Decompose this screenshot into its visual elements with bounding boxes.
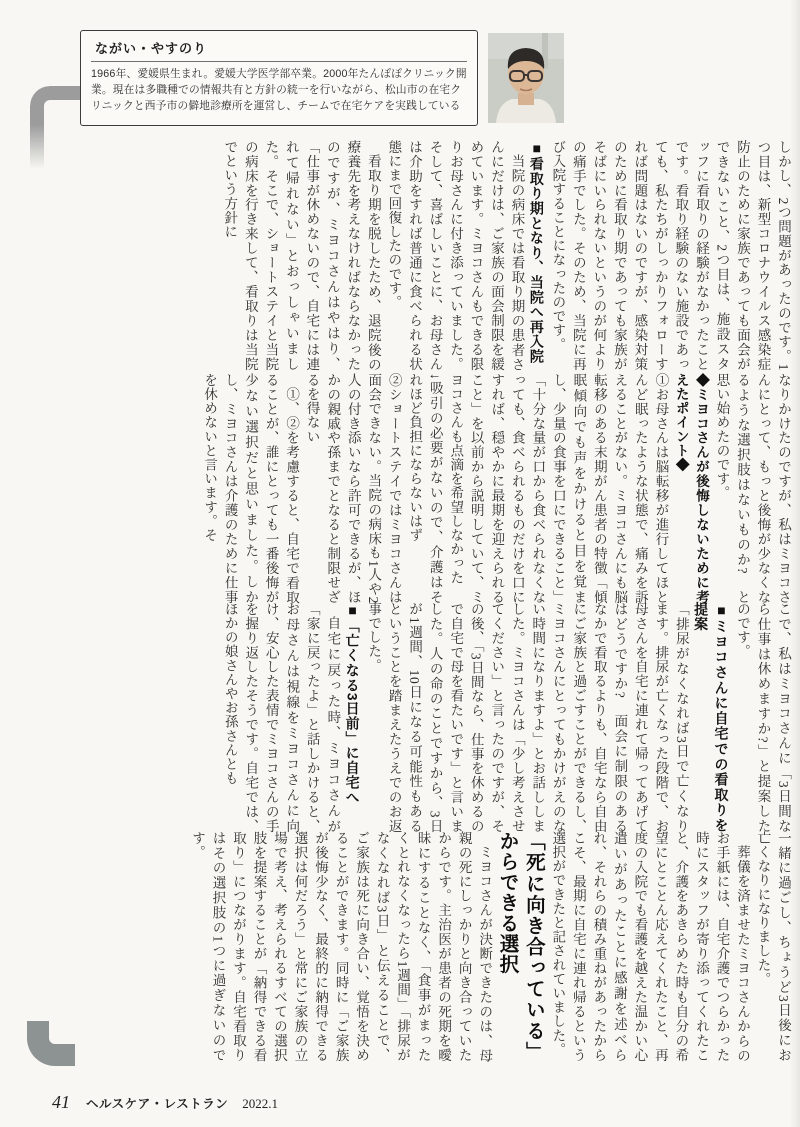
paragraph: 葬儀を済ませたミヨコさんからのお手紙には、自宅介護でつらかった時にスタッフが寄り…: [547, 831, 752, 1062]
paragraph: 「排尿がなくなれば3日で亡くなります。排尿が亡くなった段階で、お母さんを自宅に連…: [363, 602, 691, 833]
article-band-2: なりかけたのですが、私はミヨコさんにとって、もっと後悔が少なくなるような選択肢は…: [57, 373, 793, 604]
point-item-1: ①お母さんは脳転移が進行してほとんど眠ったような状態で、痛みを訴えることがない。…: [445, 373, 671, 604]
point-item-2: ②ショートステイではミヨコさんは面会できない。当院の病床も1人や2人の付き添いな…: [301, 373, 404, 604]
section-heading: ■「亡くなる3日前」に自宅へ: [342, 602, 362, 833]
paragraph: 看取り期を脱したため、退院後の療養先を考えなければならなかったのですが、ミヨコさ…: [219, 140, 383, 371]
points-heading: ◆ミヨコさんが後悔しないために考えたポイント◆: [670, 373, 711, 604]
paragraph: しかし、2つ問題があったのです。1つ目は、新型コロナウイルス感染症防止のために家…: [547, 140, 793, 371]
author-photo: [488, 33, 564, 123]
paragraph: ミヨコさんが決断できたのは、母親の死にしっかりと向き合っていたからです。主治医が…: [186, 831, 494, 1062]
page-footer: 41 ヘルスケア・レストラン 2022.1: [52, 1092, 278, 1113]
paragraph: 自宅に戻った時、ミヨコさんが「家に戻ったよ」と話しかけると、お母さんは視線をミヨ…: [219, 602, 342, 833]
article-band-1: しかし、2つ問題があったのです。1つ目は、新型コロナウイルス感染症防止のために家…: [57, 140, 793, 371]
author-name: ながい・やすのり: [91, 37, 467, 57]
author-portrait-illustration: [488, 33, 564, 123]
issue-date: 2022.1: [242, 1096, 278, 1112]
section-heading: ■ミヨコさんに自宅での看取りを提案: [691, 602, 732, 833]
profile-divider: [91, 61, 467, 62]
magazine-page: ながい・やすのり 1966年、愛媛県生まれ。愛媛大学医学部卒業。2000年たんぽ…: [0, 0, 800, 1127]
section-heading: ■看取り期となり、当院へ再入院: [527, 140, 547, 371]
paragraph: こで、私はミヨコさんに「3日間なら仕事は休めますか?」と提案したのです。: [731, 602, 793, 833]
page-number: 41: [52, 1092, 70, 1113]
article-band-3: こで、私はミヨコさんに「3日間なら仕事は休めますか?」と提案したのです。 ■ミヨ…: [57, 602, 793, 833]
paragraph: なりかけたのですが、私はミヨコさんにとって、もっと後悔が少なくなるような選択肢は…: [711, 373, 793, 604]
magazine-title: ヘルスケア・レストラン: [86, 1094, 228, 1112]
article-band-4: 一緒に過ごし、ちょうど3日後にお亡くなりになりました。 葬儀を済ませたミヨコさん…: [57, 831, 793, 1062]
author-profile-box: ながい・やすのり 1966年、愛媛県生まれ。愛媛大学医学部卒業。2000年たんぽ…: [80, 30, 478, 126]
paragraph: 当院の病床では看取り期の患者さんにだけは、ご家族の面会制限を緩めています。ミヨコ…: [383, 140, 527, 371]
paragraph: 一緒に過ごし、ちょうど3日後にお亡くなりになりました。: [752, 831, 793, 1062]
feature-heading: 「死に向き合っている」からできる選択: [494, 831, 547, 1062]
author-bio: 1966年、愛媛県生まれ。愛媛大学医学部卒業。2000年たんぽぽクリニック開業。…: [91, 67, 467, 114]
point-arrow-note: ↓吸引の必要がないので、介護はそれほど負担にならないはず: [404, 373, 445, 604]
paragraph: ①、②を考慮すると、自宅で看取ることが、誰にとっても一番後悔が少ない選択だと思い…: [199, 373, 302, 604]
